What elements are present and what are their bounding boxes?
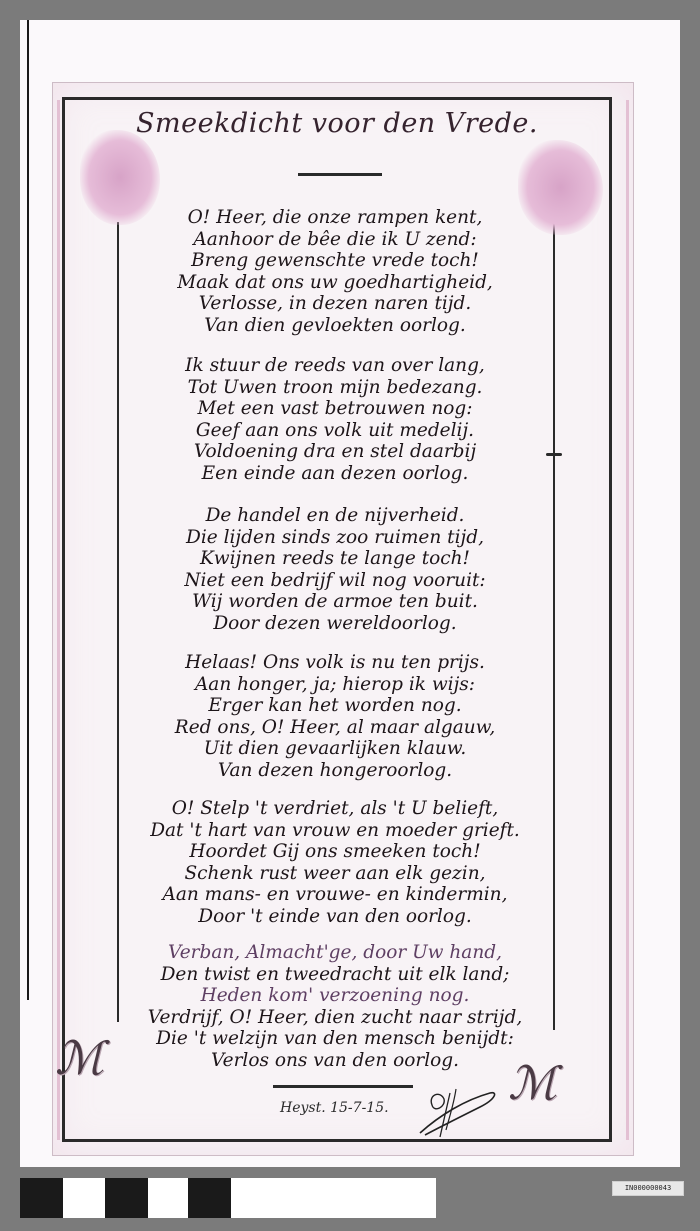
poem-line: Door 't einde van den oorlog. [120, 906, 550, 928]
stanza: Verban, Almacht'ge, door Uw hand, Den tw… [120, 942, 550, 1071]
color-strip-black [188, 1178, 231, 1218]
stanza: De handel en de nijverheid. Die lijden s… [120, 505, 550, 634]
poem-line: Erger kan het worden nog. [120, 695, 550, 717]
poem-line: Van dien gevloekten oorlog. [120, 315, 550, 337]
poem-line: De handel en de nijverheid. [120, 505, 550, 527]
poem-line: Niet een bedrijf wil nog vooruit: [120, 570, 550, 592]
poem-line: Geef aan ons volk uit medelij. [120, 420, 550, 442]
archive-id-label: IN000000043 [612, 1181, 684, 1196]
poem-line: Dat 't hart van vrouw en moeder grieft. [120, 820, 550, 842]
monogram-icon: ℳ [508, 1060, 557, 1106]
poem-line: Wij worden de armoe ten buit. [120, 591, 550, 613]
poem-line: Breng gewenschte vrede toch! [120, 250, 550, 272]
signature-icon [410, 1085, 500, 1140]
color-strip-black [105, 1178, 148, 1218]
stanza: O! Stelp 't verdriet, als 't U belieft, … [120, 798, 550, 927]
poem-line: O! Heer, die onze rampen kent, [120, 207, 550, 229]
color-strip-white [63, 1178, 105, 1218]
poem-line: Verlosse, in dezen naren tijd. [120, 293, 550, 315]
poem-line: Schenk rust weer aan elk gezin, [120, 863, 550, 885]
poem-line: Helaas! Ons volk is nu ten prijs. [120, 652, 550, 674]
poem-line: Hoordet Gij ons smeeken toch! [120, 841, 550, 863]
inner-border-left [117, 222, 119, 1022]
poem-line: Aanhoor de bêe die ik U zend: [120, 229, 550, 251]
poem-line: Door dezen wereldoorlog. [120, 613, 550, 635]
poem-line: Tot Uwen troon mijn bedezang. [120, 377, 550, 399]
poem-line: Verdrijf, O! Heer, dien zucht naar strij… [120, 1007, 550, 1029]
poem-line: Een einde aan dezen oorlog. [120, 463, 550, 485]
poem-line: Ik stuur de reeds van over lang, [120, 355, 550, 377]
poem-line: Met een vast betrouwen nog: [120, 398, 550, 420]
poem-line: Verban, Almacht'ge, door Uw hand, [120, 942, 550, 964]
stanza: Helaas! Ons volk is nu ten prijs. Aan ho… [120, 652, 550, 781]
dateline: Heyst. 15-7-15. [280, 1100, 389, 1116]
monogram-icon: ℳ [55, 1035, 104, 1081]
poem-line: Den twist en tweedracht uit elk land; [120, 964, 550, 986]
poem-line: Heden kom' verzoening nog. [120, 985, 550, 1007]
poem-line: Van dezen hongeroorlog. [120, 760, 550, 782]
poem-title: Smeekdicht voor den Vrede. [62, 108, 612, 139]
decorative-pink-rule-right [626, 100, 629, 1140]
title-divider [298, 173, 382, 176]
color-strip-black [20, 1178, 63, 1218]
scan-edge-line [27, 20, 29, 1000]
poem-line: Uit dien gevaarlijken klauw. [120, 738, 550, 760]
color-strip-white [231, 1178, 436, 1218]
poem-line: Kwijnen reeds te lange toch! [120, 548, 550, 570]
color-strip-white [148, 1178, 188, 1218]
stanza: Ik stuur de reeds van over lang, Tot Uwe… [120, 355, 550, 484]
closing-divider [273, 1085, 413, 1088]
inner-border-right [553, 210, 555, 1030]
poem-line: Aan mans- en vrouwe- en kindermin, [120, 884, 550, 906]
decorative-pink-rule-left [57, 100, 60, 1140]
poem-line: Die lijden sinds zoo ruimen tijd, [120, 527, 550, 549]
poem-line: O! Stelp 't verdriet, als 't U belieft, [120, 798, 550, 820]
poem-line: Aan honger, ja; hierop ik wijs: [120, 674, 550, 696]
poem-line: Die 't welzijn van den mensch benijdt: [120, 1028, 550, 1050]
poem-line: Red ons, O! Heer, al maar algauw, [120, 717, 550, 739]
stanza: O! Heer, die onze rampen kent, Aanhoor d… [120, 207, 550, 336]
poem-line: Voldoening dra en stel daarbij [120, 441, 550, 463]
poem-line: Verlos ons van den oorlog. [120, 1050, 550, 1072]
poem-line: Maak dat ons uw goedhartigheid, [120, 272, 550, 294]
